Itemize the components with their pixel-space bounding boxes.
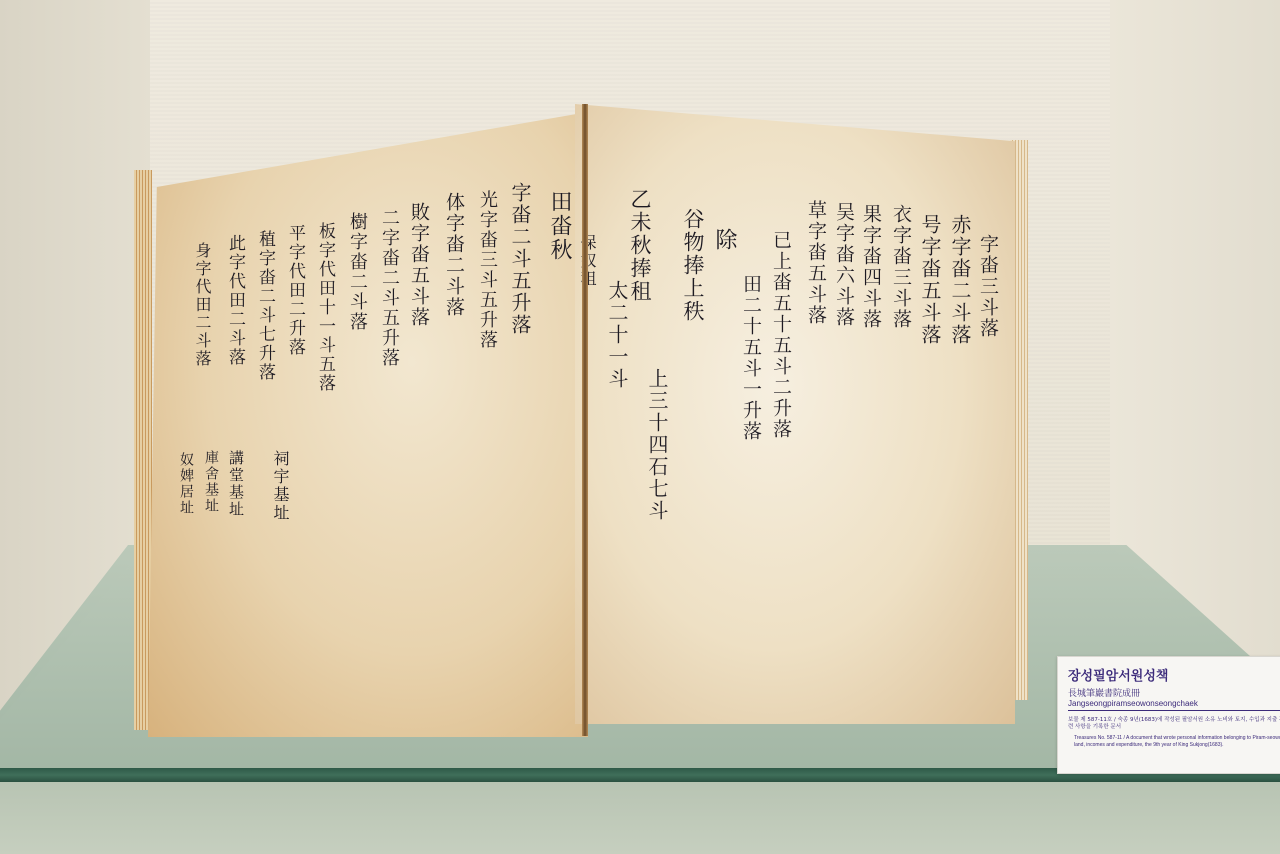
text-column: 上三十四石七斗 [647, 368, 667, 522]
text-column: 此字代田二斗落 [226, 234, 243, 367]
text-column: 果字畓四斗落 [861, 204, 880, 330]
exhibit-label: 장성필암서원성책 長城筆巖書院成冊 Jangseongpiramseowonse… [1057, 656, 1280, 774]
text-column: 樹字畓二斗落 [348, 212, 366, 332]
text-column-footer: 祠宇基址 [272, 450, 288, 522]
text-column-footer: 講堂基址 [228, 450, 243, 518]
text-column: 吴字畓六斗落 [834, 202, 853, 328]
text-column-footer: 奴婢居址 [179, 452, 193, 516]
label-title-korean: 장성필암서원성책 [1068, 665, 1280, 684]
text-column: 谷物捧上秩 [682, 208, 703, 323]
book-right-page: 字畓三斗落 赤字畓二斗落 号字畓五斗落 衣字畓三斗落 果字畓四斗落 吴字畓六斗落… [575, 104, 1015, 724]
lower-case-area [0, 782, 1280, 854]
text-column: 平字代田二升落 [286, 224, 303, 357]
text-column: 二字畓二斗五升落 [380, 208, 398, 368]
text-column: 体字畓二斗落 [444, 192, 463, 318]
text-column: 除 [713, 228, 735, 252]
text-column: 身字代田二斗落 [194, 242, 210, 368]
book-left-page: 田畓秋 字畓二斗五升落 光字畓三斗五升落 体字畓二斗落 敗字畓五斗落 二字畓二斗… [148, 112, 588, 737]
text-column: 太二十一斗 [607, 280, 627, 390]
text-column: 板字代田十一斗五落 [316, 222, 333, 393]
text-column: 已上畓五十五斗二升落 [771, 230, 790, 440]
text-column: 赤字畓二斗落 [950, 214, 970, 346]
book-page-edges-left [134, 170, 152, 730]
text-column: 字畓三斗落 [978, 234, 997, 339]
book-spine [582, 104, 588, 736]
text-column: 光字畓三斗五升落 [478, 190, 496, 350]
label-description-korean: 보물 제 587-11호 / 숙종 9년(1683)에 작성된 필암서원 소유 … [1068, 717, 1280, 731]
text-column: 草字畓五斗落 [806, 200, 825, 326]
text-column-footer: 庫舍基址 [204, 450, 218, 514]
label-title-hanja: 長城筆巖書院成冊 [1068, 686, 1280, 699]
text-column: 田畓秋 [548, 190, 570, 262]
text-column: 乙未秋捧租 [629, 188, 650, 303]
label-title-roman: Jangseongpiramseowonseongchaek [1068, 699, 1280, 711]
text-column: 衣字畓三斗落 [891, 204, 910, 330]
text-column: 稙字畓二斗七升落 [256, 230, 273, 382]
text-column: 敗字畓五斗落 [409, 202, 428, 328]
text-column: 号字畓五斗落 [920, 214, 940, 346]
label-description-english: Treasures No. 587-11 / A document that w… [1068, 735, 1280, 749]
text-column: 田二十五斗一升落 [741, 274, 760, 442]
text-column: 字畓二斗五升落 [510, 182, 530, 336]
